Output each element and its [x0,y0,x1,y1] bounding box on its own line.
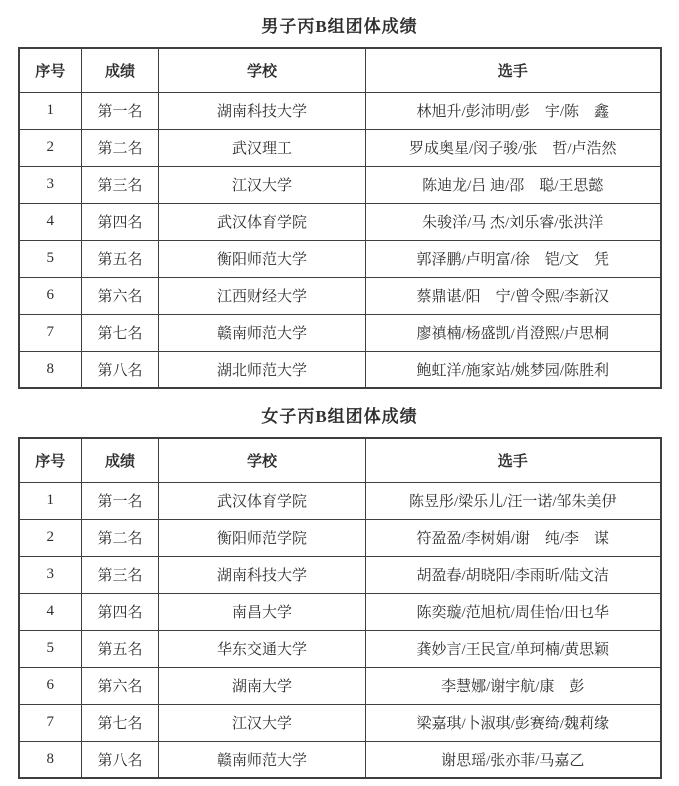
women-results-section: 女子丙B组团体成绩 序号 成绩 学校 选手 1第一名武汉体育学院陈昱彤/梁乐儿/… [0,389,679,779]
cell-school: 湖南大学 [159,667,366,704]
table-row: 4第四名武汉体育学院朱骏洋/马 杰/刘乐睿/张洪洋 [19,203,661,240]
cell-school: 湖北师范大学 [159,351,366,388]
cell-index: 7 [19,314,82,351]
cell-rank: 第六名 [82,667,159,704]
cell-players: 林旭升/彭沛明/彭 宇/陈 鑫 [366,92,661,129]
col-header-index: 序号 [19,438,82,482]
cell-players: 蔡鼎谌/阳 宁/曾令熙/李新汉 [366,277,661,314]
cell-players: 胡盈春/胡晓阳/李雨昕/陆文洁 [366,556,661,593]
cell-school: 湖南科技大学 [159,556,366,593]
women-results-title: 女子丙B组团体成绩 [0,389,679,437]
cell-players: 朱骏洋/马 杰/刘乐睿/张洪洋 [366,203,661,240]
header-row: 序号 成绩 学校 选手 [19,48,661,92]
cell-index: 3 [19,166,82,203]
table-row: 5第五名华东交通大学龚妙言/王民宣/单珂楠/黄思颖 [19,630,661,667]
col-header-school: 学校 [159,438,366,482]
cell-players: 龚妙言/王民宣/单珂楠/黄思颖 [366,630,661,667]
cell-players: 鲍虹洋/施家站/姚梦园/陈胜利 [366,351,661,388]
cell-index: 3 [19,556,82,593]
table-row: 4第四名南昌大学陈奕璇/范旭杭/周佳怡/田乜华 [19,593,661,630]
cell-rank: 第五名 [82,240,159,277]
cell-players: 郭泽鹏/卢明富/徐 铠/文 凭 [366,240,661,277]
table-row: 8第八名湖北师范大学鲍虹洋/施家站/姚梦园/陈胜利 [19,351,661,388]
cell-rank: 第七名 [82,314,159,351]
cell-school: 武汉体育学院 [159,203,366,240]
col-header-index: 序号 [19,48,82,92]
women-results-table: 序号 成绩 学校 选手 1第一名武汉体育学院陈昱彤/梁乐儿/汪一诺/邹朱美伊2第… [18,437,662,779]
cell-rank: 第一名 [82,92,159,129]
women-table-header: 序号 成绩 学校 选手 [19,438,661,482]
men-results-table: 序号 成绩 学校 选手 1第一名湖南科技大学林旭升/彭沛明/彭 宇/陈 鑫2第二… [18,47,662,389]
cell-rank: 第五名 [82,630,159,667]
cell-school: 江汉大学 [159,166,366,203]
cell-rank: 第八名 [82,351,159,388]
cell-rank: 第六名 [82,277,159,314]
cell-index: 1 [19,482,82,519]
men-table-header: 序号 成绩 学校 选手 [19,48,661,92]
cell-rank: 第七名 [82,704,159,741]
women-table-body: 1第一名武汉体育学院陈昱彤/梁乐儿/汪一诺/邹朱美伊2第二名衡阳师范学院符盈盈/… [19,482,661,778]
table-row: 2第二名武汉理工罗成奥星/闵子骏/张 哲/卢浩然 [19,129,661,166]
men-results-section: 男子丙B组团体成绩 序号 成绩 学校 选手 1第一名湖南科技大学林旭升/彭沛明/… [0,12,679,389]
cell-rank: 第三名 [82,166,159,203]
table-row: 6第六名湖南大学李慧娜/谢宇航/康 彭 [19,667,661,704]
table-row: 1第一名湖南科技大学林旭升/彭沛明/彭 宇/陈 鑫 [19,92,661,129]
cell-players: 李慧娜/谢宇航/康 彭 [366,667,661,704]
cell-index: 2 [19,129,82,166]
cell-players: 陈奕璇/范旭杭/周佳怡/田乜华 [366,593,661,630]
cell-players: 符盈盈/李树娟/谢 纯/李 谋 [366,519,661,556]
cell-school: 衡阳师范大学 [159,240,366,277]
cell-school: 华东交通大学 [159,630,366,667]
table-row: 7第七名赣南师范大学廖禛楠/杨盛凯/肖澄熙/卢思桐 [19,314,661,351]
table-row: 2第二名衡阳师范学院符盈盈/李树娟/谢 纯/李 谋 [19,519,661,556]
cell-index: 6 [19,277,82,314]
table-row: 5第五名衡阳师范大学郭泽鹏/卢明富/徐 铠/文 凭 [19,240,661,277]
cell-school: 南昌大学 [159,593,366,630]
cell-school: 衡阳师范学院 [159,519,366,556]
cell-index: 5 [19,240,82,277]
cell-rank: 第四名 [82,593,159,630]
table-row: 1第一名武汉体育学院陈昱彤/梁乐儿/汪一诺/邹朱美伊 [19,482,661,519]
document-page: 男子丙B组团体成绩 序号 成绩 学校 选手 1第一名湖南科技大学林旭升/彭沛明/… [0,0,679,779]
cell-players: 谢思瑶/张亦菲/马嘉乙 [366,741,661,778]
cell-school: 江西财经大学 [159,277,366,314]
cell-school: 江汉大学 [159,704,366,741]
cell-index: 4 [19,203,82,240]
cell-rank: 第八名 [82,741,159,778]
col-header-players: 选手 [366,438,661,482]
cell-players: 陈迪龙/吕 迪/邵 聪/王思懿 [366,166,661,203]
cell-school: 湖南科技大学 [159,92,366,129]
cell-players: 廖禛楠/杨盛凯/肖澄熙/卢思桐 [366,314,661,351]
men-table-body: 1第一名湖南科技大学林旭升/彭沛明/彭 宇/陈 鑫2第二名武汉理工罗成奥星/闵子… [19,92,661,388]
cell-players: 陈昱彤/梁乐儿/汪一诺/邹朱美伊 [366,482,661,519]
cell-index: 5 [19,630,82,667]
col-header-players: 选手 [366,48,661,92]
table-row: 3第三名江汉大学陈迪龙/吕 迪/邵 聪/王思懿 [19,166,661,203]
cell-index: 8 [19,741,82,778]
cell-rank: 第一名 [82,482,159,519]
cell-school: 赣南师范大学 [159,741,366,778]
header-row: 序号 成绩 学校 选手 [19,438,661,482]
cell-school: 武汉理工 [159,129,366,166]
cell-players: 梁嘉琪/卜淑琪/彭赛绮/魏莉缘 [366,704,661,741]
cell-index: 1 [19,92,82,129]
cell-school: 赣南师范大学 [159,314,366,351]
table-row: 7第七名江汉大学梁嘉琪/卜淑琪/彭赛绮/魏莉缘 [19,704,661,741]
cell-rank: 第四名 [82,203,159,240]
cell-rank: 第三名 [82,556,159,593]
cell-index: 4 [19,593,82,630]
cell-rank: 第二名 [82,129,159,166]
cell-index: 6 [19,667,82,704]
table-row: 3第三名湖南科技大学胡盈春/胡晓阳/李雨昕/陆文洁 [19,556,661,593]
cell-school: 武汉体育学院 [159,482,366,519]
table-row: 6第六名江西财经大学蔡鼎谌/阳 宁/曾令熙/李新汉 [19,277,661,314]
col-header-school: 学校 [159,48,366,92]
cell-index: 7 [19,704,82,741]
cell-index: 8 [19,351,82,388]
cell-index: 2 [19,519,82,556]
men-results-title: 男子丙B组团体成绩 [0,12,679,47]
cell-players: 罗成奥星/闵子骏/张 哲/卢浩然 [366,129,661,166]
col-header-rank: 成绩 [82,438,159,482]
cell-rank: 第二名 [82,519,159,556]
col-header-rank: 成绩 [82,48,159,92]
table-row: 8第八名赣南师范大学谢思瑶/张亦菲/马嘉乙 [19,741,661,778]
